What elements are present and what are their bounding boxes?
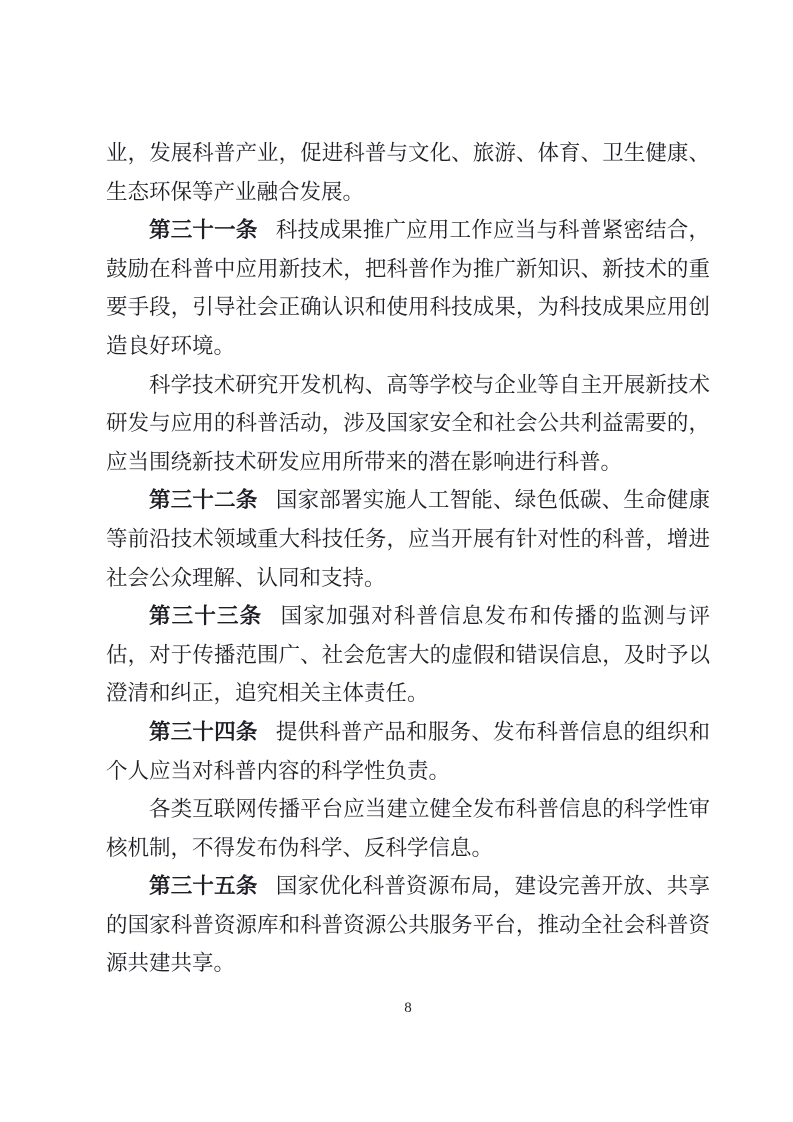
article-number-31: 第三十一条 [149,218,258,243]
paragraph-article-32: 第三十二条国家部署实施人工智能、绿色低碳、生命健康等前沿技术领域重大科技任务，应… [106,482,710,598]
paragraph-text: 业，发展科普产业，促进科普与文化、旅游、体育、卫生健康、生态环保等产业融合发展。 [106,141,710,205]
paragraph-article-31: 第三十一条科技成果推广应用工作应当与科普紧密结合，鼓励在科普中应用新技术，把科普… [106,212,710,366]
article-number-35: 第三十五条 [149,874,258,899]
paragraph-text: 科学技术研究开发机构、高等学校与企业等自主开展新技术研发与应用的科普活动，涉及国… [106,373,710,475]
paragraph-article-34-clause-2: 各类互联网传播平台应当建立健全发布科普信息的科学性审核机制，不得发布伪科学、反科… [106,791,710,868]
document-page: 业，发展科普产业，促进科普与文化、旅游、体育、卫生健康、生态环保等产业融合发展。… [0,0,793,1122]
paragraph-article-34: 第三十四条提供科普产品和服务、发布科普信息的组织和个人应当对科普内容的科学性负责… [106,714,710,791]
page-number: 8 [106,999,710,1017]
paragraph-continued-article-30: 业，发展科普产业，促进科普与文化、旅游、体育、卫生健康、生态环保等产业融合发展。 [106,135,710,212]
article-number-33: 第三十三条 [149,604,262,629]
document-body: 业，发展科普产业，促进科普与文化、旅游、体育、卫生健康、生态环保等产业融合发展。… [106,135,710,984]
paragraph-article-33: 第三十三条国家加强对科普信息发布和传播的监测与评估，对于传播范围广、社会危害大的… [106,598,710,714]
paragraph-article-35: 第三十五条国家优化科普资源布局，建设完善开放、共享的国家科普资源库和科普资源公共… [106,868,710,984]
article-number-34: 第三十四条 [149,720,258,745]
paragraph-text: 各类互联网传播平台应当建立健全发布科普信息的科学性审核机制，不得发布伪科学、反科… [106,797,710,861]
paragraph-article-31-clause-2: 科学技术研究开发机构、高等学校与企业等自主开展新技术研发与应用的科普活动，涉及国… [106,367,710,483]
article-number-32: 第三十二条 [149,488,258,513]
